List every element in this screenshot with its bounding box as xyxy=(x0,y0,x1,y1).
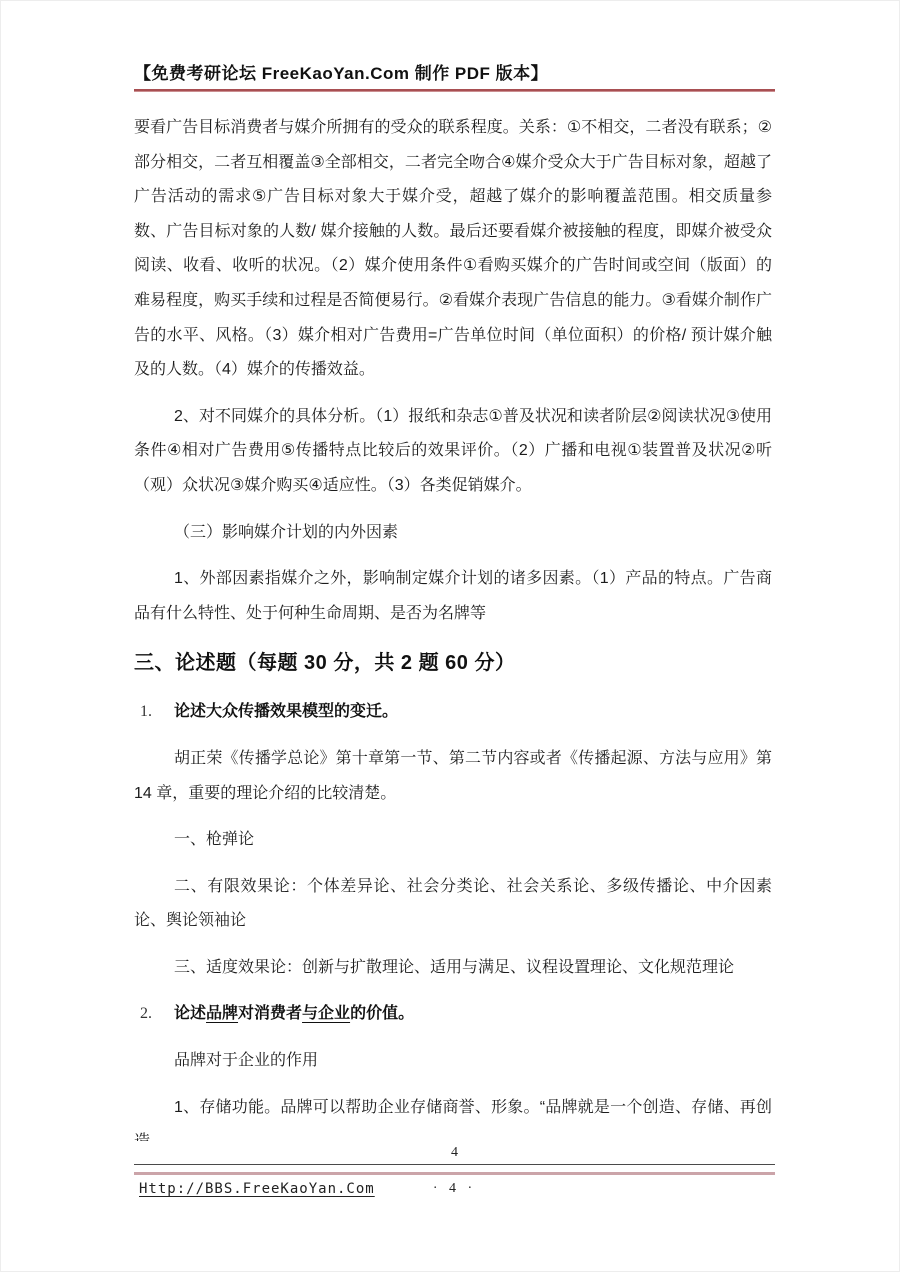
paragraph-reference-books: 胡正荣《传播学总论》第十章第一节、第二节内容或者《传播起源、方法与应用》第 14… xyxy=(134,742,772,811)
essay-question-1: 1. 论述大众传播效果模型的变迁。 xyxy=(134,695,772,730)
section-heading-essay-questions: 三、论述题（每题 30 分，共 2 题 60 分） xyxy=(134,643,772,683)
footer-rule xyxy=(134,1172,775,1175)
question-2-title-part: 对消费者 xyxy=(238,1005,302,1022)
paragraph-media-analysis: 2、对不同媒介的具体分析。（1）报纸和杂志①普及状况和读者阶层②阅读状况③使用条… xyxy=(134,400,772,504)
paragraph-media-relation: 要看广告目标消费者与媒介所拥有的受众的联系程度。关系：①不相交，二者没有联系；②… xyxy=(134,111,772,388)
paragraph-brand-role: 品牌对于企业的作用 xyxy=(134,1044,772,1079)
question-1-number: 1. xyxy=(140,695,174,730)
question-2-title-underlined-brand: 品牌 xyxy=(206,1005,238,1022)
page-number-bottom: · 4 · xyxy=(134,1181,775,1197)
question-1-title: 论述大众传播效果模型的变迁。 xyxy=(174,695,398,730)
page-header: 【免费考研论坛 FreeKaoYan.Com 制作 PDF 版本】 xyxy=(134,59,775,92)
question-2-number: 2. xyxy=(140,997,174,1032)
header-rule xyxy=(134,89,775,92)
sub-heading-internal-external-factors: （三）影响媒介计划的内外因素 xyxy=(134,516,772,551)
footer-row: Http://BBS.FreeKaoYan.Com · 4 · xyxy=(134,1181,775,1203)
page-footer: 4 Http://BBS.FreeKaoYan.Com · 4 · xyxy=(134,1143,775,1203)
question-2-title-part: 论述 xyxy=(174,1005,206,1022)
paragraph-storage-function: 1、存储功能。品牌可以帮助企业存储商誉、形象。“品牌就是一个创造、存储、再创造、 xyxy=(134,1091,772,1141)
question-2-title: 论述品牌对消费者与企业的价值。 xyxy=(174,997,414,1032)
paragraph-bullet-theory: 一、枪弹论 xyxy=(134,823,772,858)
footer-separator-rule xyxy=(134,1164,775,1165)
essay-question-2: 2. 论述品牌对消费者与企业的价值。 xyxy=(134,997,772,1032)
page-number-top: 4 xyxy=(134,1143,775,1163)
question-2-title-underlined-enterprise: 与企业 xyxy=(302,1005,350,1022)
header-title: 【免费考研论坛 FreeKaoYan.Com 制作 PDF 版本】 xyxy=(134,59,775,89)
paragraph-limited-effects-theory: 二、有限效果论：个体差异论、社会分类论、社会关系论、多级传播论、中介因素论、舆论… xyxy=(134,870,772,939)
paragraph-external-factors: 1、外部因素指媒介之外，影响制定媒介计划的诸多因素。（1）产品的特点。广告商品有… xyxy=(134,562,772,631)
question-2-title-part: 的价值。 xyxy=(350,1005,414,1022)
document-content: 要看广告目标消费者与媒介所拥有的受众的联系程度。关系：①不相交，二者没有联系；②… xyxy=(134,111,772,1141)
document-page: 【免费考研论坛 FreeKaoYan.Com 制作 PDF 版本】 要看广告目标… xyxy=(0,0,900,1272)
paragraph-moderate-effects-theory: 三、适度效果论：创新与扩散理论、适用与满足、议程设置理论、文化规范理论 xyxy=(134,951,772,986)
